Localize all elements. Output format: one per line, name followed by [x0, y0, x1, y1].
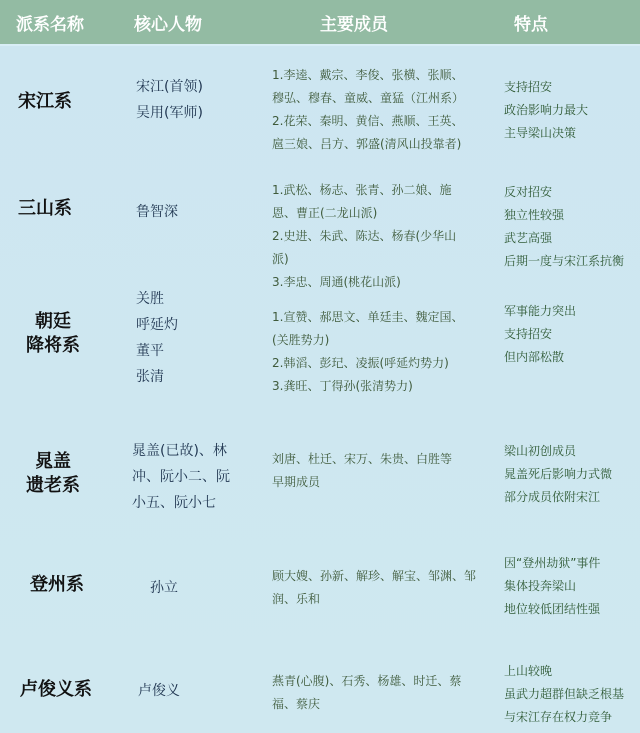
traits: 因“登州劫狱”事件 集体投奔梁山 地位较低团结性强	[504, 552, 640, 621]
faction-name: 卢俊义系	[20, 678, 92, 702]
faction-name: 晁盖 遗老系	[26, 450, 80, 498]
core-figures: 关胜 呼延灼 董平 张清	[136, 286, 178, 390]
faction-name: 登州系	[30, 573, 84, 597]
traits: 反对招安 独立性较强 武艺高强 后期一度与宋江系抗衡	[504, 181, 640, 273]
traits: 上山较晚 虽武力超群但缺乏根基 与宋江存在权力竞争	[504, 660, 640, 729]
factions-table: 派系名称 核心人物 主要成员 特点 宋江系 宋江(首领) 吴用(军师) 1.李逵…	[0, 0, 640, 733]
main-members: 刘唐、杜迁、宋万、朱贵、白胜等 早期成员	[272, 448, 487, 494]
traits: 军事能力突出 支持招安 但内部松散	[504, 300, 640, 369]
main-members: 1.武松、杨志、张青、孙二娘、施 恩、曹正(二龙山派) 2.史进、朱武、陈达、杨…	[272, 179, 487, 294]
main-members: 燕青(心腹)、石秀、杨雄、时迁、蔡 福、蔡庆	[272, 670, 487, 716]
faction-name: 宋江系	[18, 90, 72, 114]
traits: 支持招安 政治影响力最大 主导梁山决策	[504, 76, 640, 145]
table-header: 派系名称 核心人物 主要成员 特点	[0, 0, 640, 46]
main-members: 1.宣赞、郝思文、单廷圭、魏定国、 (关胜势力) 2.韩滔、彭玘、凌振(呼延灼势…	[272, 306, 487, 398]
header-core-figures: 核心人物	[134, 10, 202, 35]
traits: 梁山初创成员 晁盖死后影响力式微 部分成员依附宋江	[504, 440, 640, 509]
faction-name: 朝廷 降将系	[26, 310, 80, 358]
core-figures: 孙立	[150, 575, 178, 601]
header-main-members: 主要成员	[320, 10, 388, 35]
header-traits: 特点	[514, 10, 548, 35]
main-members: 顾大嫂、孙新、解珍、解宝、邹渊、邹 润、乐和	[272, 565, 487, 611]
core-figures: 鲁智深	[136, 199, 178, 225]
core-figures: 卢俊义	[138, 678, 180, 704]
main-members: 1.李逵、戴宗、李俊、张横、张顺、 穆弘、穆春、童威、童猛（江州系） 2.花荣、…	[272, 64, 487, 156]
core-figures: 宋江(首领) 吴用(军师)	[136, 74, 203, 126]
faction-name: 三山系	[18, 197, 72, 221]
header-faction-name: 派系名称	[16, 10, 84, 35]
core-figures: 晁盖(已故)、林 冲、阮小二、阮 小五、阮小七	[132, 438, 230, 516]
